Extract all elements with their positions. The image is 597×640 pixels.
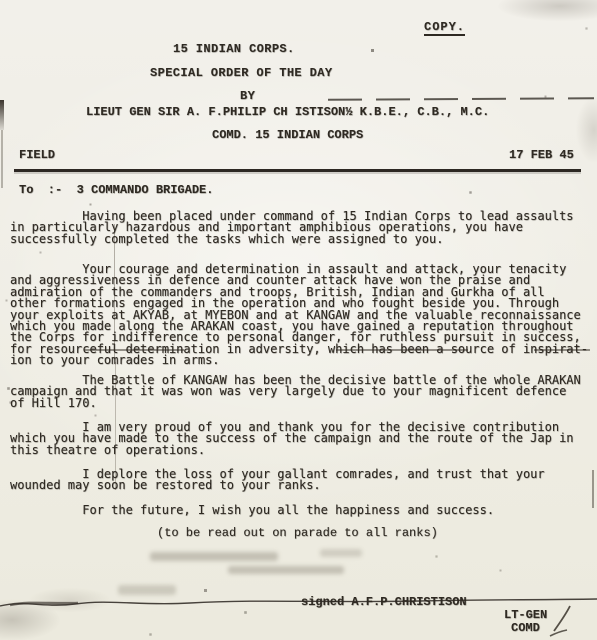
page-edge-mark-left: [1, 130, 3, 188]
page-edge-mark-left: [0, 100, 4, 130]
by-label: BY: [240, 91, 255, 102]
ghost-bleedthrough-smudge: [320, 549, 362, 557]
order-paragraph-5: I deplore the loss of your gallant comra…: [10, 469, 545, 492]
parade-note: (to be read out on parade to all ranks): [157, 528, 438, 539]
ghost-bleedthrough-smudge: [228, 566, 344, 574]
order-date: 17 FEB 45: [509, 150, 574, 161]
signature-rank: LT-GEN: [504, 610, 547, 621]
copy-label: COPY.: [424, 22, 465, 36]
order-paragraph-3: The Battle of KANGAW has been the decisi…: [10, 375, 581, 409]
ghost-bleedthrough-smudge: [150, 552, 278, 561]
command-title: COMD. 15 INDIAN CORPS: [212, 130, 363, 141]
corps-title: 15 INDIAN CORPS.: [173, 44, 295, 55]
order-paragraph-4: I am very proud of you and thank you for…: [10, 422, 574, 456]
pen-squiggle-mark: [546, 604, 580, 640]
commander-name: LIEUT GEN SIR A. F.PHILIP CH ISTISON½ K.…: [86, 107, 489, 118]
page-edge-mark-right: [592, 470, 594, 508]
signature-role: COMD: [511, 623, 540, 634]
scanned-special-order-document: COPY. 15 INDIAN CORPS. SPECIAL ORDER OF …: [0, 0, 597, 640]
order-paragraph-2: Your courage and determination in assaul…: [10, 264, 588, 367]
header-rule: [14, 169, 581, 172]
signed-name: signed A.F.P.CHRISTISON: [301, 597, 467, 608]
addressee-line: To :- 3 COMMANDO BRIGADE.: [19, 185, 213, 196]
order-title: SPECIAL ORDER OF THE DAY: [150, 68, 332, 79]
order-paragraph-6: For the future, I wish you all the happi…: [10, 505, 494, 516]
by-dash-line: [328, 97, 594, 100]
order-paragraph-1: Having been placed under command of 15 I…: [10, 211, 574, 245]
field-location: FIELD: [19, 150, 55, 161]
scan-noise-specks: [0, 0, 1, 1]
